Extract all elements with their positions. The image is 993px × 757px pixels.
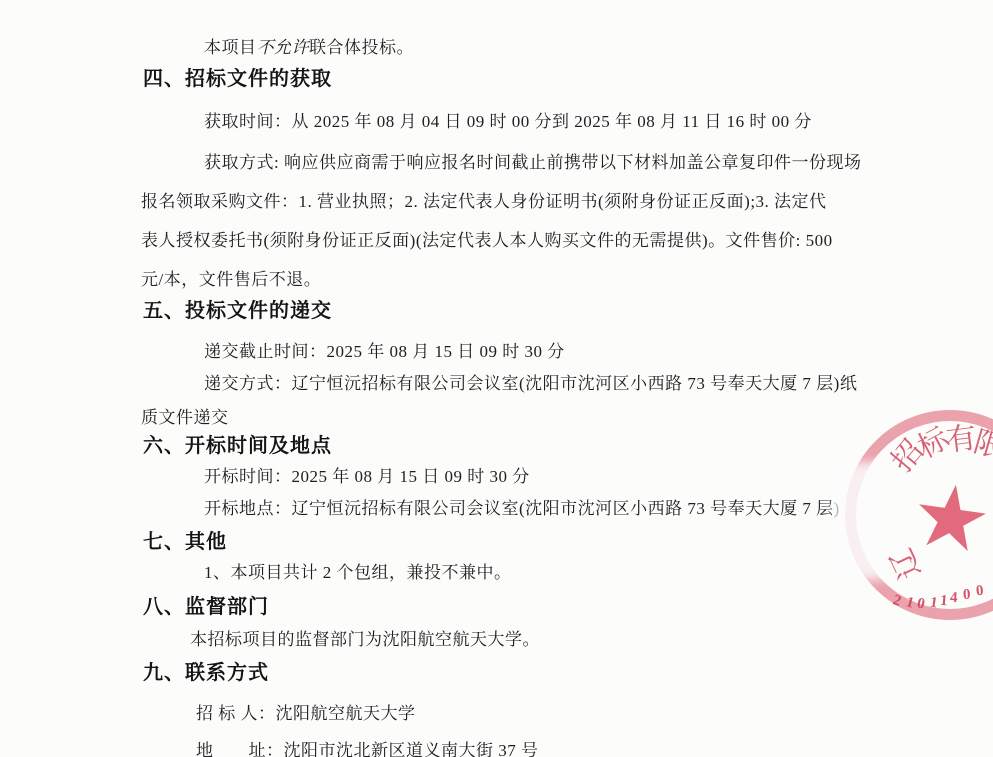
section-4-heading: 四、招标文件的获取 — [143, 62, 332, 91]
scanned-document-page: 本项目不允许联合体投标。 四、招标文件的获取 获取时间：从 2025 年 08 … — [0, 0, 993, 757]
acquire-time-line: 获取时间：从 2025 年 08 月 04 日 09 时 00 分到 2025 … — [204, 107, 812, 132]
submit-deadline-line: 递交截止时间：2025 年 08 月 15 日 09 时 30 分 — [204, 337, 565, 362]
seal-serial-digit: 0 — [975, 583, 984, 601]
acquire-method-line-4: 元/本，文件售后不退。 — [141, 265, 321, 290]
intro-suffix: 联合体投标。 — [309, 38, 414, 57]
seal-serial-digit: 1 — [939, 593, 948, 611]
supervise-line: 本招标项目的监督部门为沈阳航空航天大学。 — [190, 625, 540, 650]
section-6-heading: 六、开标时间及地点 — [143, 429, 332, 458]
submit-method-line-2: 质文件递交 — [141, 403, 229, 428]
intro-line: 本项目不允许联合体投标。 — [204, 33, 414, 58]
open-time-line: 开标时间：2025 年 08 月 15 日 09 时 30 分 — [204, 462, 530, 487]
seal-star-icon: ★ — [902, 471, 993, 568]
open-place-line: 开标地点：辽宁恒沅招标有限公司会议室(沈阳市沈河区小西路 73 号奉天大厦 7 … — [204, 494, 840, 519]
acquire-method-line-1: 获取方式: 响应供应商需于响应报名时间截止前携带以下材料加盖公章复印件一份现场 — [204, 148, 861, 173]
seal-serial-digit: 4 — [950, 590, 958, 607]
section-7-heading: 七、其他 — [143, 525, 227, 554]
section-9-heading: 九、联系方式 — [143, 656, 269, 685]
other-item-line: 1、本项目共计 2 个包组，兼投不兼中。 — [204, 558, 512, 583]
address-line: 地 址：沈阳市沈北新区道义南大街 37 号 — [196, 736, 539, 757]
submit-method-line-1: 递交方式：辽宁恒沅招标有限公司会议室(沈阳市沈河区小西路 73 号奉天大厦 7 … — [204, 369, 857, 394]
section-8-heading: 八、监督部门 — [143, 590, 269, 619]
section-5-heading: 五、投标文件的递交 — [143, 294, 332, 323]
bidder-line: 招 标 人：沈阳航空航天大学 — [196, 699, 416, 724]
seal-serial-digit: 0 — [963, 587, 971, 604]
acquire-method-line-3: 表人授权委托书(须附身份证正反面)(法定代表人本人购买文件的无需提供)。文件售价… — [141, 226, 833, 251]
intro-prefix: 本项目 — [204, 38, 257, 57]
intro-emphasis: 不允许 — [257, 38, 310, 57]
acquire-method-line-2: 报名领取采购文件：1. 营业执照；2. 法定代表人身份证明书(须附身份证正反面)… — [141, 187, 827, 212]
